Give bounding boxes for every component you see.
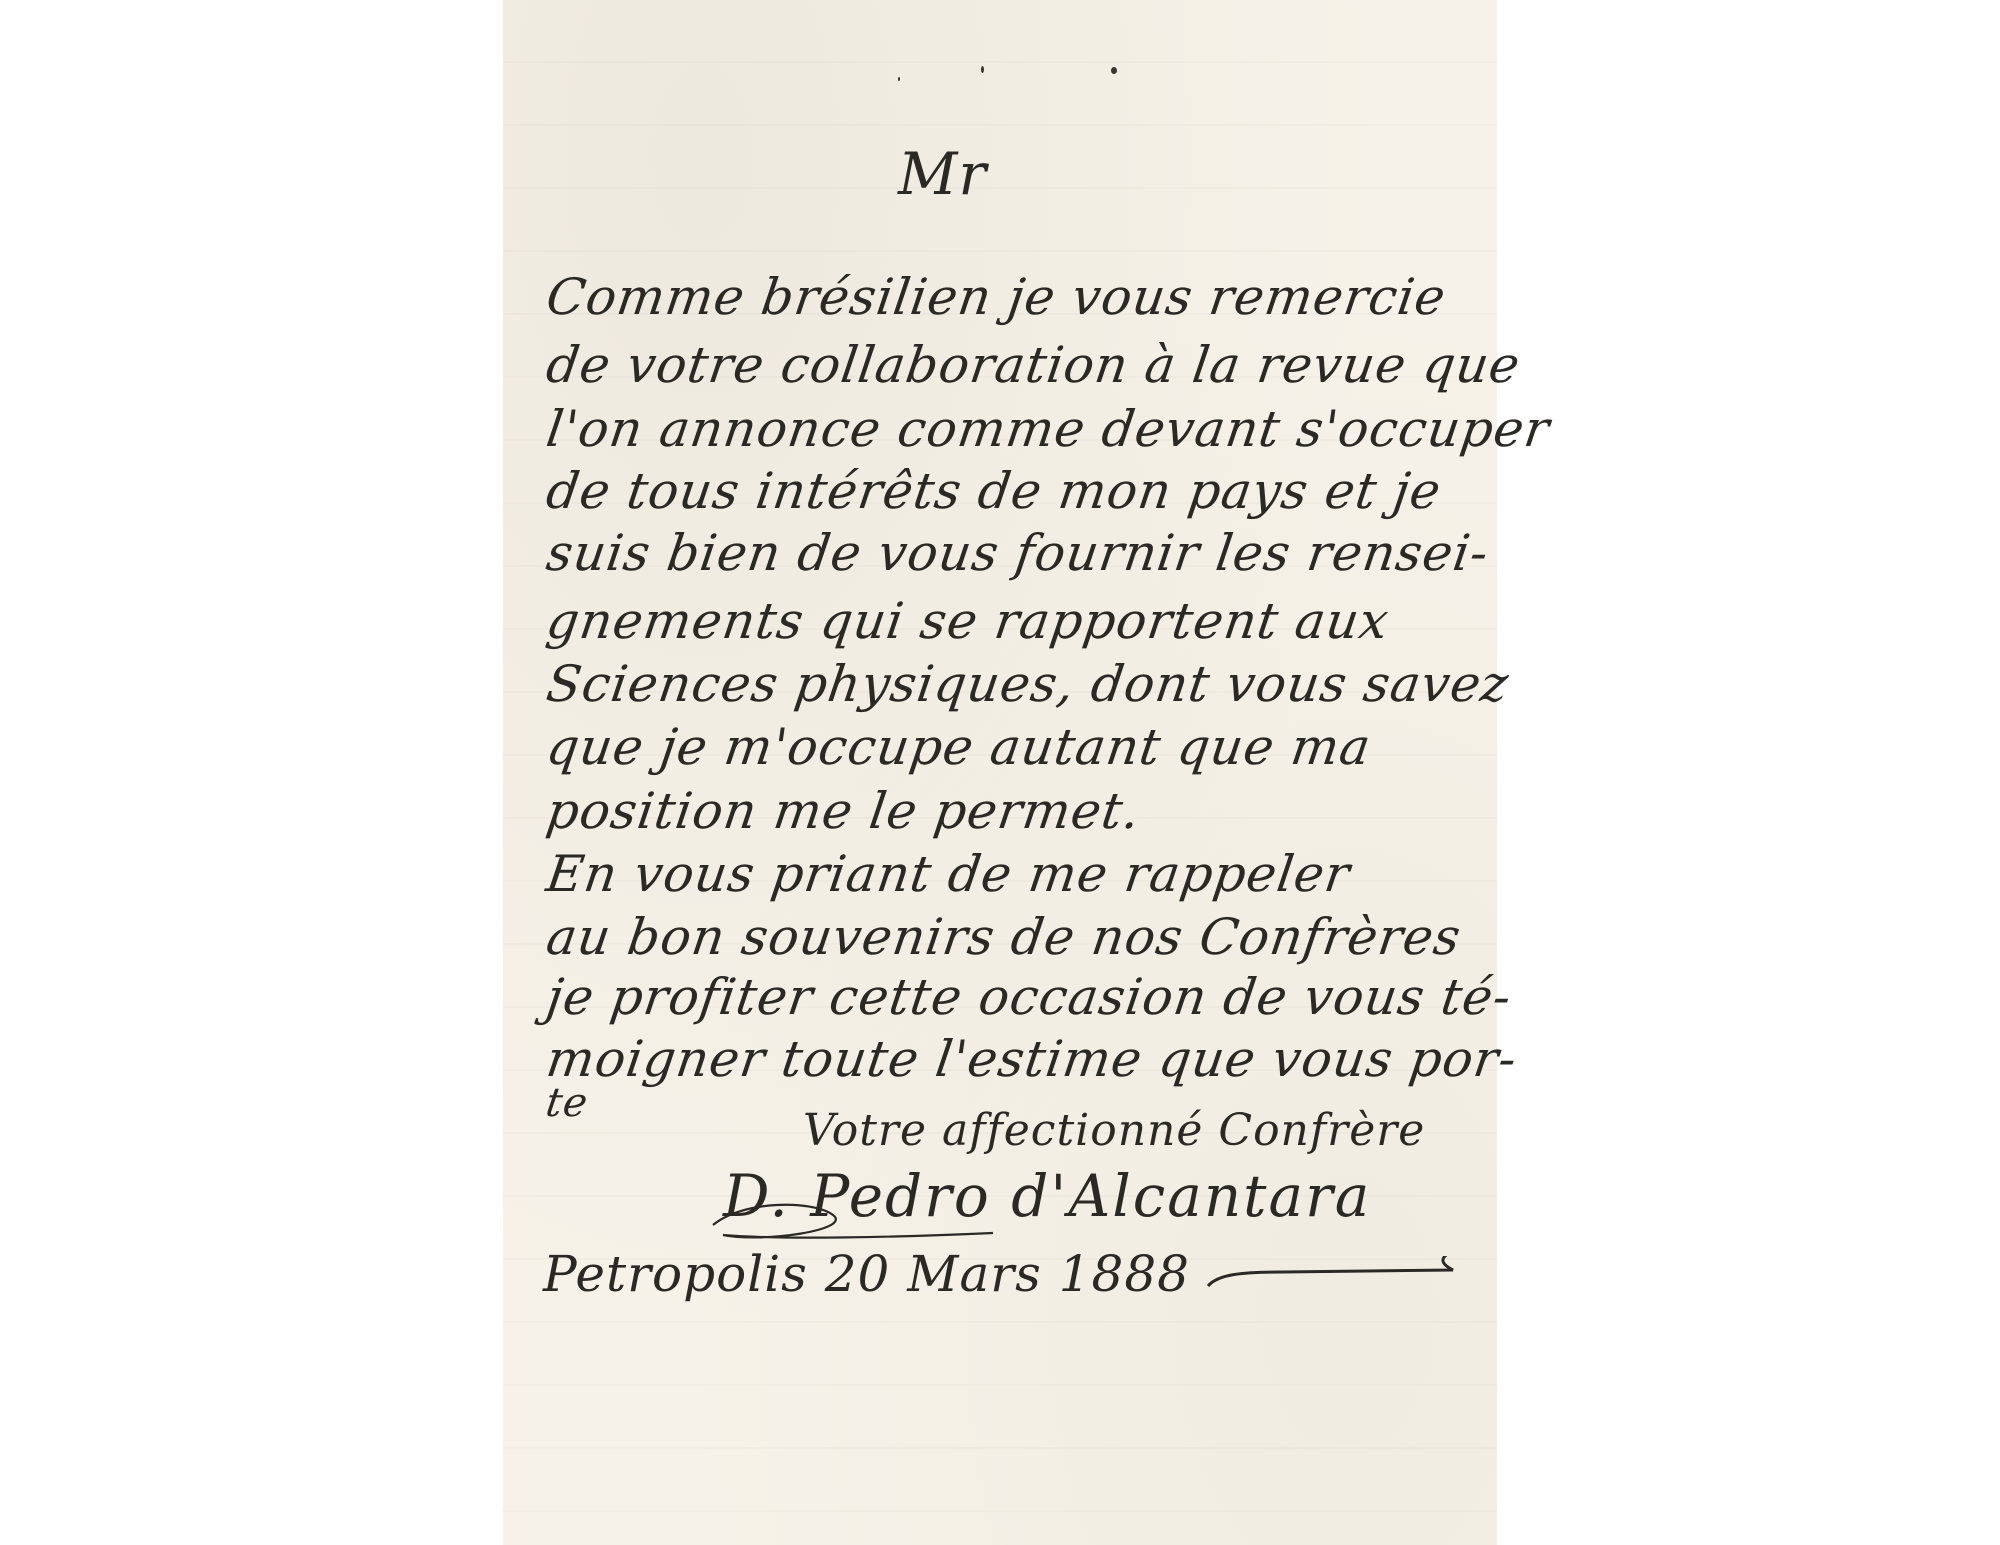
salutation: Mr xyxy=(898,140,987,208)
body-line: de tous intérêts de mon pays et je xyxy=(543,462,1445,520)
ink-speck xyxy=(981,66,984,73)
body-line: moigner toute l'estime que vous por- xyxy=(543,1030,1521,1088)
body-line: gnements qui se rapportent aux xyxy=(543,592,1393,650)
body-line: Comme brésilien je vous remercie xyxy=(543,268,1450,326)
ink-speck xyxy=(898,77,900,81)
place-date: Petropolis 20 Mars 1888 xyxy=(543,1245,1190,1303)
body-line: je profiter cette occasion de vous té- xyxy=(543,968,1515,1026)
ink-speck xyxy=(1111,67,1117,74)
body-line: suis bien de vous fournir les rensei- xyxy=(543,524,1493,582)
body-line: te xyxy=(543,1080,591,1126)
body-line: position me le permet. xyxy=(543,782,1144,840)
underline-flourish-icon xyxy=(1203,1256,1463,1296)
body-line: l'on annonce comme devant s'occuper xyxy=(543,400,1554,458)
body-line: En vous priant de me rappeler xyxy=(543,845,1354,903)
body-line: que je m'occupe autant que ma xyxy=(543,718,1375,776)
body-line: au bon souvenirs de nos Confrères xyxy=(543,908,1465,966)
closing-phrase: Votre affectionné Confrère xyxy=(803,1105,1425,1156)
body-line: Sciences physiques, dont vous savez xyxy=(543,655,1513,713)
body-line: de votre collaboration à la revue que xyxy=(543,336,1524,394)
signature: D. Pedro d'Alcantara xyxy=(723,1162,1371,1230)
letter-paper: Mr Comme brésilien je vous remercie de v… xyxy=(503,0,1497,1545)
